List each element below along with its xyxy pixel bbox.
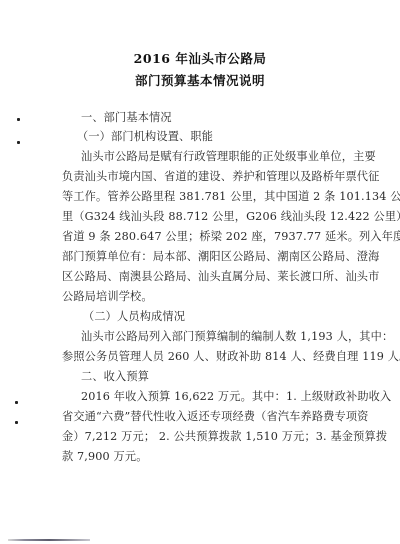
paragraph-line: 金）7,212 万元； 2. 公共预算拨款 1,510 万元；3. 基金预算拨 bbox=[62, 430, 387, 444]
paragraph-line: 等工作。管养公路里程 381.781 公里，其中国道 2 条 101.134 公 bbox=[62, 190, 400, 204]
paragraph-line: 汕头市公路局是赋有行政管理职能的正处级事业单位，主要 bbox=[81, 150, 376, 164]
document-title-line1: 2016 年汕头市公路局 bbox=[0, 49, 400, 67]
paragraph-line: 2016 年收入预算 16,622 万元。其中：1. 上级财政补助收入 bbox=[81, 390, 391, 404]
paragraph-line: 部门预算单位有：局本部、潮阳区公路局、潮南区公路局、澄海 bbox=[62, 250, 379, 264]
paragraph-line: 公路局培训学校。 bbox=[62, 290, 153, 304]
scan-edge-line bbox=[8, 539, 90, 541]
section1-heading: 一、部门基本情况 bbox=[81, 111, 172, 125]
section1-sub2-heading: （二）人员构成情况 bbox=[83, 310, 185, 324]
paragraph-line: 汕头市公路局列入部门预算编制的编制人数 1,193 人，其中： bbox=[81, 330, 393, 344]
margin-mark bbox=[15, 421, 18, 424]
margin-mark bbox=[17, 118, 20, 121]
section1-sub1-heading: （一）部门机构设置、职能 bbox=[77, 130, 213, 144]
paragraph-line: 负责汕头市境内国、省道的建设、养护和管理以及路桥年票代征 bbox=[62, 170, 379, 184]
paragraph-line: 款 7,900 万元。 bbox=[62, 450, 148, 464]
paragraph-line: 省交通“六费”替代性收入返还专项经费（省汽车养路费专项资 bbox=[62, 410, 369, 424]
paragraph-line: 参照公务员管理人员 260 人、财政补助 814 人、经费自理 119 人。 bbox=[62, 350, 400, 364]
paragraph-line: 区公路局、南澳县公路局、汕头直属分局、莱长渡口所、汕头市 bbox=[62, 270, 379, 284]
section2-heading: 二、收入预算 bbox=[81, 370, 149, 384]
paragraph-line: 里（G324 线汕头段 88.712 公里，G206 线汕头段 12.422 公… bbox=[62, 210, 400, 224]
margin-mark bbox=[15, 401, 18, 404]
document-title-line2: 部门预算基本情况说明 bbox=[0, 71, 400, 89]
margin-mark bbox=[17, 141, 20, 144]
paragraph-line: 省道 9 条 280.647 公里；桥梁 202 座，7937.77 延米。列入… bbox=[62, 230, 400, 244]
